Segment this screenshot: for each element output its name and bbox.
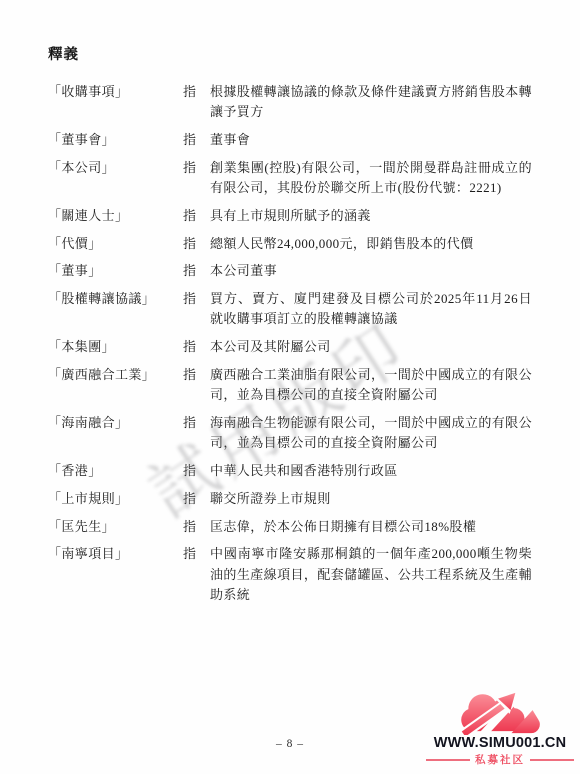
- means-label: 指: [183, 234, 210, 254]
- means-label: 指: [183, 206, 210, 226]
- definition-text: 匡志偉，於本公佈日期擁有目標公司18%股權: [210, 517, 532, 537]
- definition-text: 本公司董事: [210, 261, 532, 281]
- definition-row: 「股權轉讓協議」 指 買方、賣方、廈門建發及目標公司於2025年11月26日就收…: [48, 289, 532, 329]
- definition-row: 「香港」 指 中華人民共和國香港特別行政區: [48, 461, 532, 481]
- definition-text: 根據股權轉讓協議的條款及條件建議賣方將銷售股本轉讓予買方: [210, 82, 532, 122]
- definition-term: 「關連人士」: [48, 206, 183, 226]
- means-label: 指: [183, 544, 210, 605]
- means-label: 指: [183, 517, 210, 537]
- definition-term: 「收購事項」: [48, 82, 183, 122]
- definition-text: 創業集團(控股)有限公司，一間於開曼群島註冊成立的有限公司，其股份於聯交所上市(…: [210, 158, 532, 198]
- definition-row: 「廣西融合工業」 指 廣西融合工業油脂有限公司，一間於中國成立的有限公司，並為目…: [48, 365, 532, 405]
- definition-term: 「本公司」: [48, 158, 183, 198]
- definition-text: 中華人民共和國香港特別行政區: [210, 461, 532, 481]
- cloud-arrow-icon: [452, 689, 548, 735]
- definition-term: 「董事」: [48, 261, 183, 281]
- definition-row: 「本公司」 指 創業集團(控股)有限公司，一間於開曼群島註冊成立的有限公司，其股…: [48, 158, 532, 198]
- definition-term: 「代價」: [48, 234, 183, 254]
- definition-text: 本公司及其附屬公司: [210, 337, 532, 357]
- definition-term: 「海南融合」: [48, 413, 183, 453]
- means-label: 指: [183, 158, 210, 198]
- definition-row: 「南寧項目」 指 中國南寧市隆安縣那桐鎮的一個年產200,000噸生物柴油的生產…: [48, 544, 532, 605]
- definition-term: 「南寧項目」: [48, 544, 183, 605]
- definition-text: 中國南寧市隆安縣那桐鎮的一個年產200,000噸生物柴油的生產線項目，配套儲罐區…: [210, 544, 532, 605]
- definition-text: 具有上市規則所賦予的涵義: [210, 206, 532, 226]
- site-tagline: 私募社区: [421, 754, 579, 766]
- means-label: 指: [183, 82, 210, 122]
- definition-text: 董事會: [210, 130, 532, 150]
- definition-term: 「上市規則」: [48, 489, 183, 509]
- definition-row: 「關連人士」 指 具有上市規則所賦予的涵義: [48, 206, 532, 226]
- means-label: 指: [183, 365, 210, 405]
- means-label: 指: [183, 289, 210, 329]
- means-label: 指: [183, 413, 210, 453]
- definition-row: 「收購事項」 指 根據股權轉讓協議的條款及條件建議賣方將銷售股本轉讓予買方: [48, 82, 532, 122]
- definition-row: 「代價」 指 總額人民幣24,000,000元，即銷售股本的代價: [48, 234, 532, 254]
- means-label: 指: [183, 489, 210, 509]
- definition-row: 「上市規則」 指 聯交所證券上市規則: [48, 489, 532, 509]
- definition-term: 「香港」: [48, 461, 183, 481]
- definition-text: 聯交所證券上市規則: [210, 489, 532, 509]
- definition-row: 「董事會」 指 董事會: [48, 130, 532, 150]
- definitions-section: 釋義 「收購事項」 指 根據股權轉讓協議的條款及條件建議賣方將銷售股本轉讓予買方…: [48, 45, 532, 613]
- definition-term: 「股權轉讓協議」: [48, 289, 183, 329]
- site-logo: WWW.SIMU001.CN 私募社区: [421, 689, 579, 766]
- means-label: 指: [183, 337, 210, 357]
- definition-term: 「本集團」: [48, 337, 183, 357]
- means-label: 指: [183, 461, 210, 481]
- definition-text: 總額人民幣24,000,000元，即銷售股本的代價: [210, 234, 532, 254]
- definition-row: 「董事」 指 本公司董事: [48, 261, 532, 281]
- definition-text: 廣西融合工業油脂有限公司，一間於中國成立的有限公司，並為目標公司的直接全資附屬公…: [210, 365, 532, 405]
- definition-text: 海南融合生物能源有限公司，一間於中國成立的有限公司，並為目標公司的直接全資附屬公…: [210, 413, 532, 453]
- definition-row: 「本集團」 指 本公司及其附屬公司: [48, 337, 532, 357]
- section-heading: 釋義: [48, 45, 532, 65]
- definition-term: 「匡先生」: [48, 517, 183, 537]
- definition-row: 「匡先生」 指 匡志偉，於本公佈日期擁有目標公司18%股權: [48, 517, 532, 537]
- definition-text: 買方、賣方、廈門建發及目標公司於2025年11月26日就收購事項訂立的股權轉讓協…: [210, 289, 532, 329]
- definition-term: 「廣西融合工業」: [48, 365, 183, 405]
- site-tagline-text: 私募社区: [475, 754, 525, 766]
- site-url-text: WWW.SIMU001.CN: [434, 736, 567, 751]
- definitions-list: 「收購事項」 指 根據股權轉讓協議的條款及條件建議賣方將銷售股本轉讓予買方 「董…: [48, 82, 532, 605]
- means-label: 指: [183, 130, 210, 150]
- document-page: 釋義 「收購事項」 指 根據股權轉讓協議的條款及條件建議賣方將銷售股本轉讓予買方…: [0, 0, 580, 774]
- definition-term: 「董事會」: [48, 130, 183, 150]
- definition-row: 「海南融合」 指 海南融合生物能源有限公司，一間於中國成立的有限公司，並為目標公…: [48, 413, 532, 453]
- means-label: 指: [183, 261, 210, 281]
